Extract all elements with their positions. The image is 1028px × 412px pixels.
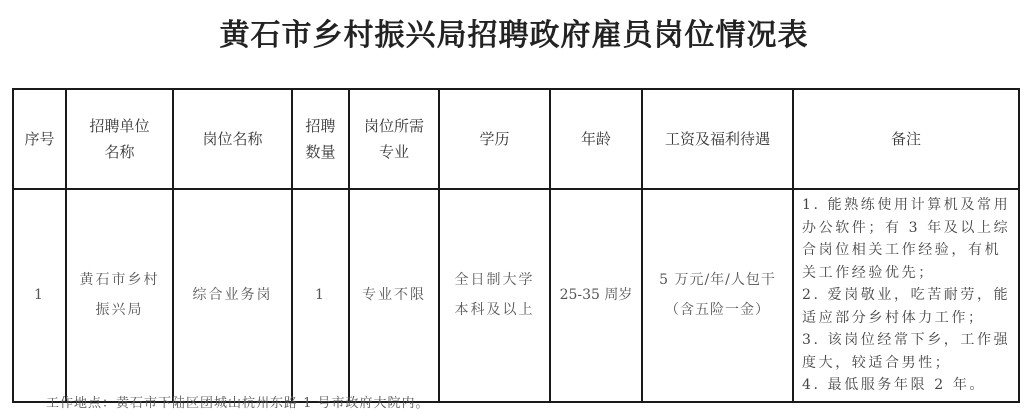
recruitment-table: 序号 招聘单位 名称 岗位名称 招聘 数量 岗位所需 专业 学历 年龄 工资及福… [12, 88, 1020, 403]
work-location-note: 工作地点：黄石市下陆区团城山杭州东路 1 号市政府大院内。 [46, 392, 430, 411]
page-title: 黄石市乡村振兴局招聘政府雇员岗位情况表 [0, 10, 1028, 54]
table-row: 1 黄石市乡村 振兴局 综合业务岗 1 专业不限 全日制大学 本科及以上 25-… [13, 189, 1019, 402]
cell-index: 1 [13, 189, 66, 402]
header-salary: 工资及福利待遇 [642, 89, 793, 189]
header-age: 年龄 [550, 89, 642, 189]
header-index: 序号 [13, 89, 66, 189]
cell-remarks: 1. 能熟练使用计算机及常用办公软件；有 3 年及以上综合岗位相关工作经验，有机… [793, 189, 1019, 402]
header-major: 岗位所需 专业 [349, 89, 439, 189]
header-count: 招聘 数量 [292, 89, 349, 189]
cell-education: 全日制大学 本科及以上 [439, 189, 550, 402]
cell-major: 专业不限 [349, 189, 439, 402]
header-remarks: 备注 [793, 89, 1019, 189]
cell-count: 1 [292, 189, 349, 402]
header-row: 序号 招聘单位 名称 岗位名称 招聘 数量 岗位所需 专业 学历 年龄 工资及福… [13, 89, 1019, 189]
remark-item: 3. 该岗位经常下乡，工作强度大，较适合男性； [802, 329, 1012, 374]
header-unit: 招聘单位 名称 [66, 89, 173, 189]
header-education: 学历 [439, 89, 550, 189]
remark-item: 1. 能熟练使用计算机及常用办公软件；有 3 年及以上综合岗位相关工作经验，有机… [802, 194, 1012, 284]
cell-salary: 5 万元/年/人包干 （含五险一金） [642, 189, 793, 402]
cell-position: 综合业务岗 [173, 189, 292, 402]
remark-item: 4. 最低服务年限 2 年。 [802, 374, 1012, 397]
header-position: 岗位名称 [173, 89, 292, 189]
cell-age: 25-35 周岁 [550, 189, 642, 402]
remark-item: 2. 爱岗敬业，吃苦耐劳，能适应部分乡村体力工作； [802, 284, 1012, 329]
cell-unit: 黄石市乡村 振兴局 [66, 189, 173, 402]
